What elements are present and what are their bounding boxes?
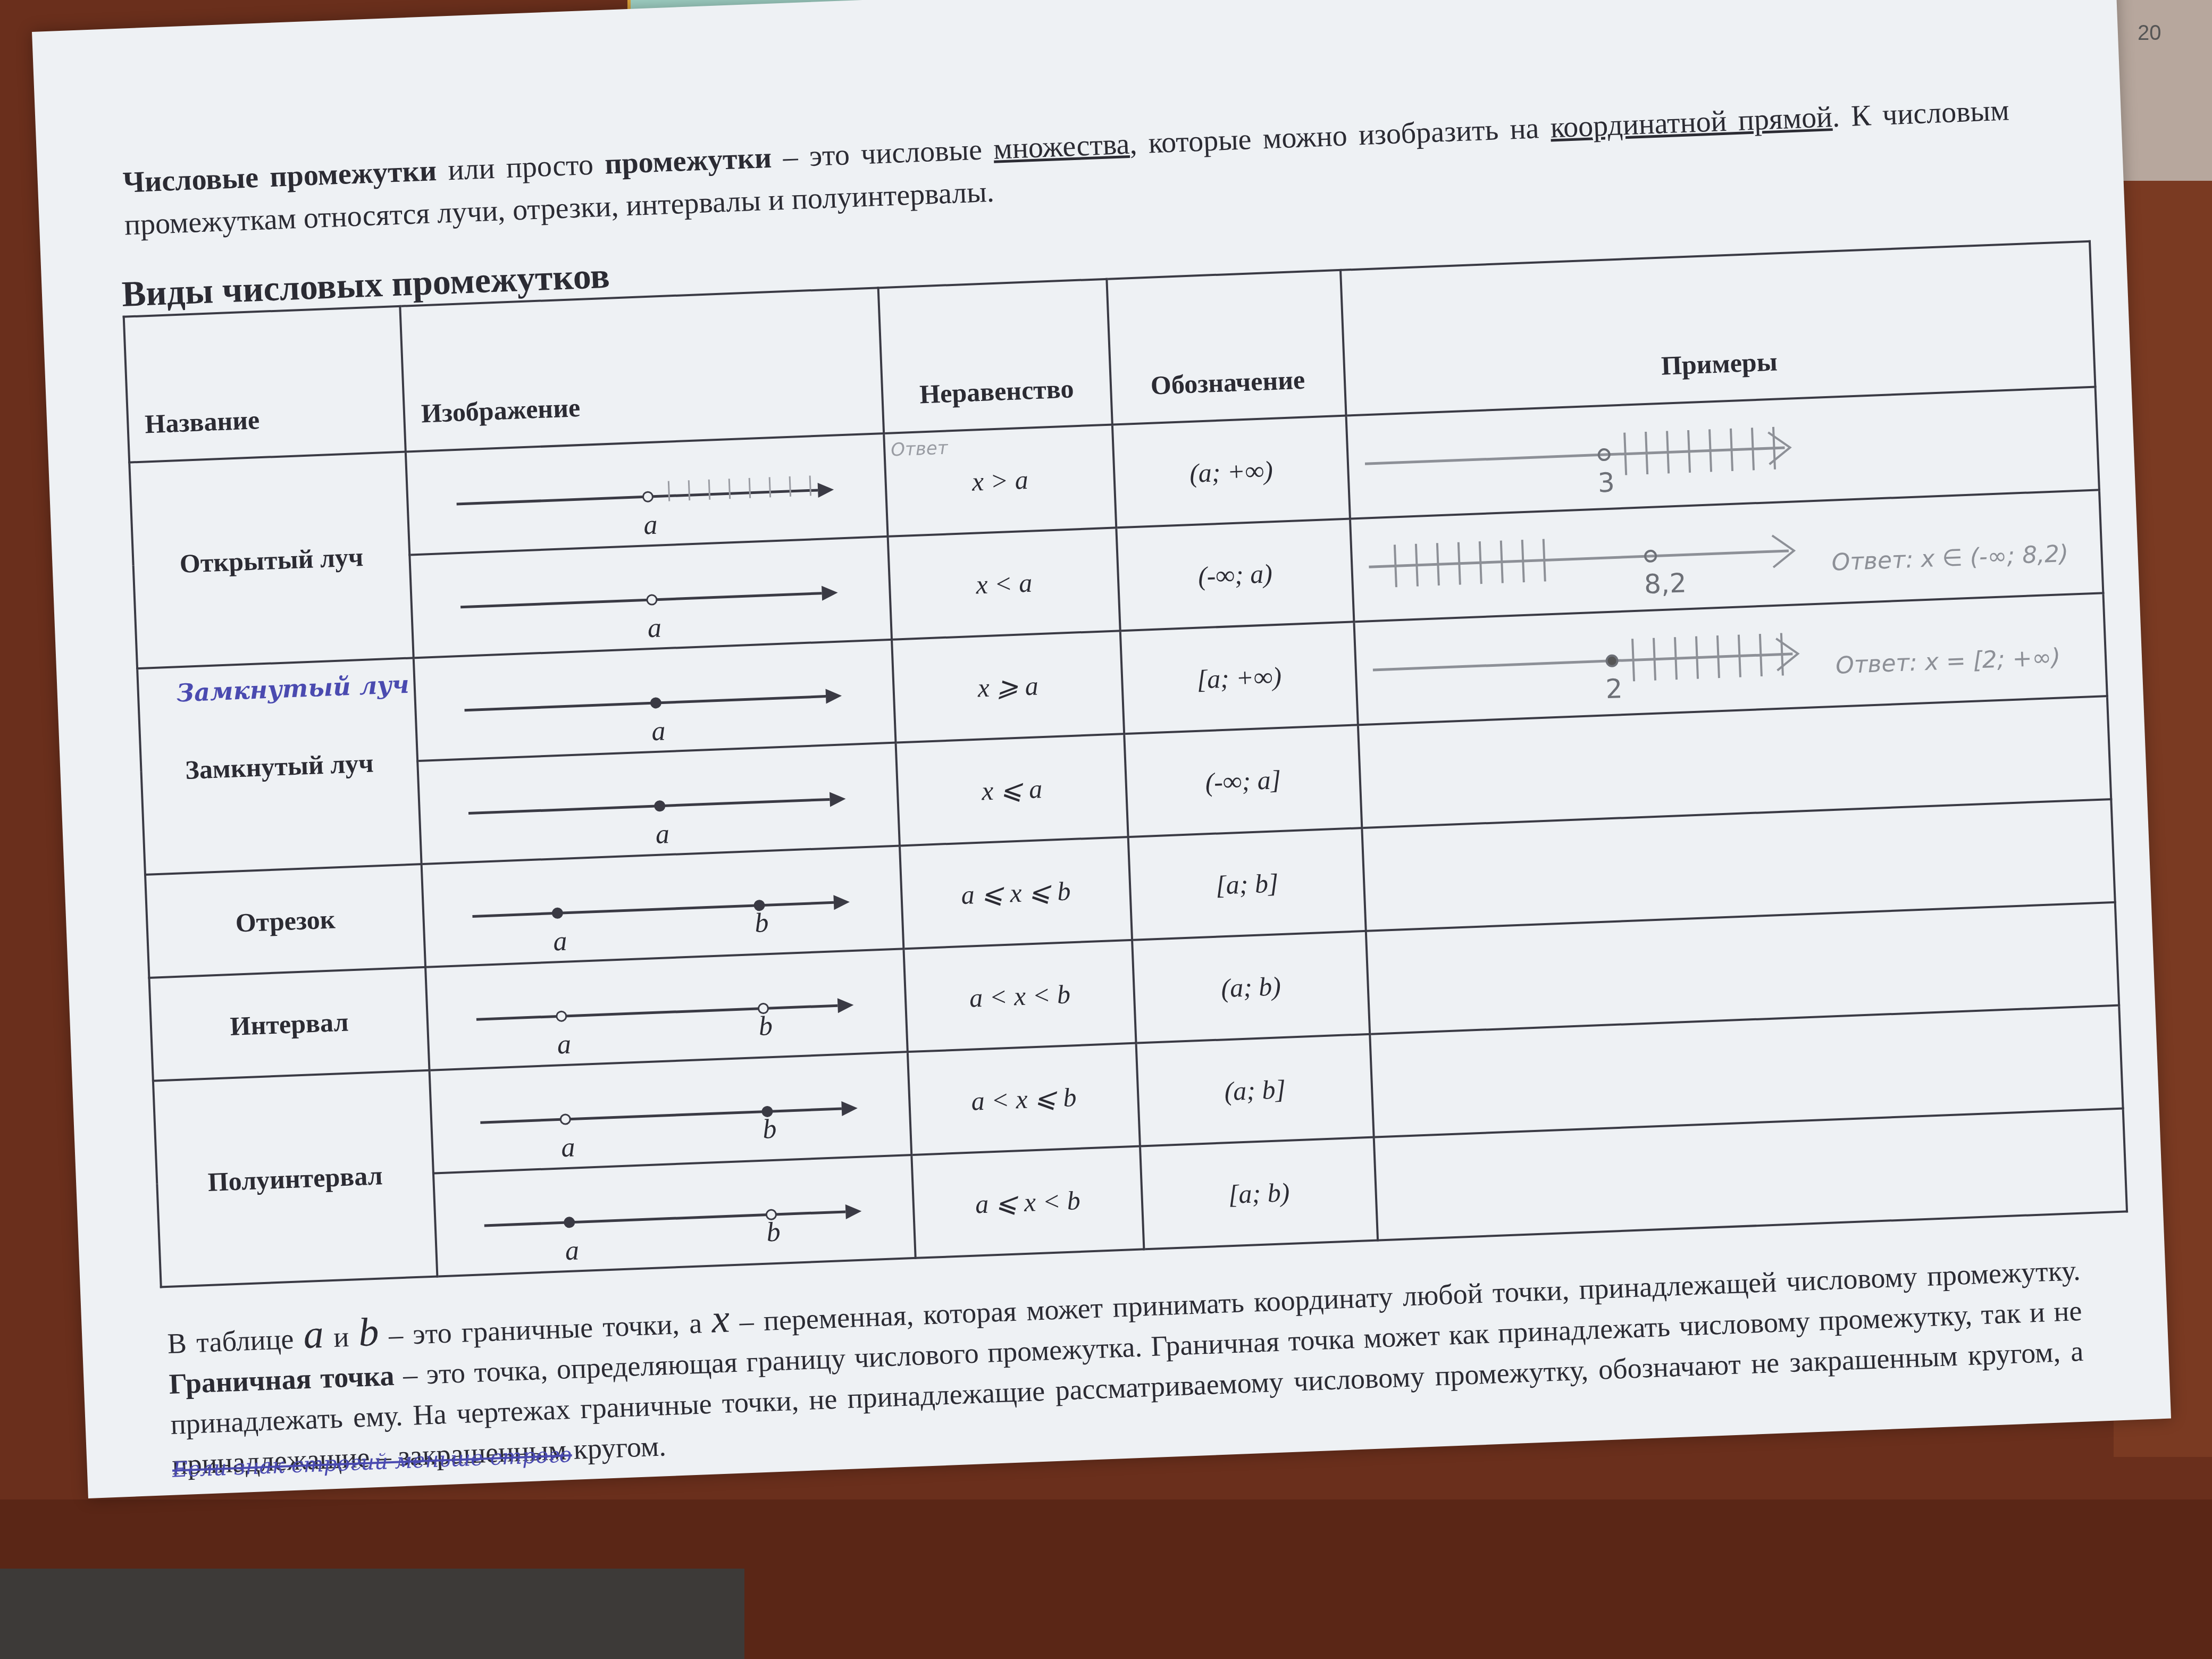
interval-name: Отрезок [235,904,336,937]
svg-text:a: a [552,926,567,957]
footer-text: – это граничные точки, а [378,1307,712,1352]
notation: (a; b] [1224,1074,1286,1106]
var-a: a [303,1312,324,1357]
svg-text:a: a [557,1029,572,1060]
inequality: x ⩽ a [981,774,1043,806]
interval-name: Полуинтервал [207,1160,383,1197]
notation: (-∞; a] [1204,765,1281,797]
footer-text: и [323,1320,359,1353]
number-line-drawing: a [410,538,893,657]
header-name: Название [124,306,406,463]
var-x: x [711,1296,731,1341]
interval-name-cell: Полуинтервал [153,1070,438,1287]
inequality-cell: x < a [888,527,1120,639]
svg-text:8,2: 8,2 [1644,567,1687,600]
image-cell: a [409,537,892,658]
number-line-drawing: a [415,641,897,760]
svg-text:b: b [754,908,769,939]
open-point [643,492,653,502]
inequality-cell: a < x < b [903,940,1136,1052]
svg-text:a: a [647,613,662,643]
intro-text: , которые можно изобразить на [1129,112,1551,161]
notation-cell: (-∞; a] [1124,725,1362,837]
inequality-cell: Ответx > a [884,425,1116,537]
inequality: a < x ⩽ b [970,1082,1077,1116]
number-line-drawing: ab [431,1053,913,1172]
inequality: a ⩽ x ⩽ b [961,876,1071,910]
intro-text: – это числовые [771,133,994,174]
interval-name-cell: Интервал [149,967,429,1081]
interval-name: Замкнутый луч [185,748,374,785]
image-cell: ab [425,949,908,1070]
number-line-drawing: ab [426,950,909,1069]
page-number: 20 [2138,21,2161,45]
image-cell: a [417,743,900,864]
svg-text:a: a [643,510,658,541]
intervals-table: Название Изображение Неравенство Обознач… [123,240,2129,1288]
inequality-cell: a < x ⩽ b [908,1043,1140,1155]
svg-text:a: a [651,716,666,747]
intro-term-1: Числовые промежутки [122,154,438,199]
inequality: x ⩾ a [977,671,1039,702]
svg-text:Ответ: x ∈ (-∞; 8,2): Ответ: x ∈ (-∞; 8,2) [1831,540,2069,576]
notation-cell: [a; b) [1140,1137,1378,1250]
interval-name: Интервал [230,1007,349,1042]
svg-text:b: b [758,1011,773,1042]
header-notation: Обозначение [1107,270,1346,425]
open-point [560,1115,571,1125]
inequality: a ⩽ x < b [975,1185,1081,1219]
interval-name: Открытый луч [179,542,364,579]
number-line-drawing: ab [434,1156,917,1275]
notation: (a; b) [1220,971,1281,1003]
var-b: b [358,1310,380,1355]
header-image: Изображение [400,288,884,451]
handwritten-label: Замкнутый луч [176,670,410,708]
link-coordinate-line[interactable]: координатной прямой [1550,100,1833,144]
inequality: x > a [971,465,1029,497]
number-line-drawing: a [407,434,889,554]
header-inequality: Неравенство [878,279,1112,433]
svg-text:3: 3 [1597,467,1615,498]
notation: [a; b] [1215,868,1279,900]
notation-cell: (a; b] [1136,1034,1374,1146]
intro-term-2: промежутки [604,141,772,181]
inequality-cell: x ⩾ a [892,631,1124,742]
open-point [556,1011,566,1021]
interval-name-cell: Отрезок [145,864,425,978]
notation-cell: (a; b) [1132,931,1370,1043]
svg-text:Ответ: x = [2; +∞): Ответ: x = [2; +∞) [1835,643,2061,679]
svg-text:b: b [762,1114,777,1145]
filled-point [651,698,661,708]
image-cell: ab [422,845,904,967]
image-cell: a [414,640,896,761]
notation: [a; +∞) [1196,661,1282,694]
svg-text:a: a [560,1132,575,1163]
notation-cell: [a; +∞) [1120,622,1358,734]
notation-cell: (a; +∞) [1112,416,1350,528]
svg-text:2: 2 [1605,673,1623,705]
footer-text: В таблице [167,1322,304,1360]
inequality: x < a [975,568,1033,600]
intro-text: или просто [436,148,605,187]
notation: (-∞; a) [1197,558,1273,591]
notation-cell: [a; b] [1128,828,1366,940]
intro-paragraph: Числовые промежутки или просто промежутк… [122,89,2012,246]
number-line-drawing: ab [423,847,905,966]
header-examples: Примеры [1340,241,2095,416]
image-cell: a [406,433,888,555]
inequality-cell: x ⩽ a [896,734,1128,845]
filled-point [564,1218,574,1228]
interval-name-cell: Замкнутый лучЗамкнутый луч [137,658,422,875]
interval-name-cell: Открытый луч [129,452,414,669]
notation: [a; b) [1228,1177,1290,1209]
pencil-note: Ответ [891,437,949,460]
notation: (a; +∞) [1189,455,1273,488]
filled-point [552,908,563,918]
image-cell: ab [433,1155,916,1276]
open-point [647,595,657,605]
floor-shadow [0,1569,744,1659]
inequality: a < x < b [969,979,1071,1012]
svg-text:a: a [655,819,670,850]
filled-point [655,801,665,811]
notation-cell: (-∞; a) [1116,519,1354,631]
svg-text:a: a [565,1235,580,1266]
link-sets[interactable]: множества [993,128,1130,166]
worksheet: Числовые промежутки или просто промежутк… [32,0,2171,1498]
inequality-cell: a ⩽ x < b [911,1146,1144,1258]
svg-text:b: b [766,1217,781,1248]
footer-term: Граничная точка [169,1360,395,1400]
image-cell: ab [430,1052,912,1173]
inequality-cell: a ⩽ x ⩽ b [900,837,1132,949]
number-line-drawing: a [418,744,901,863]
